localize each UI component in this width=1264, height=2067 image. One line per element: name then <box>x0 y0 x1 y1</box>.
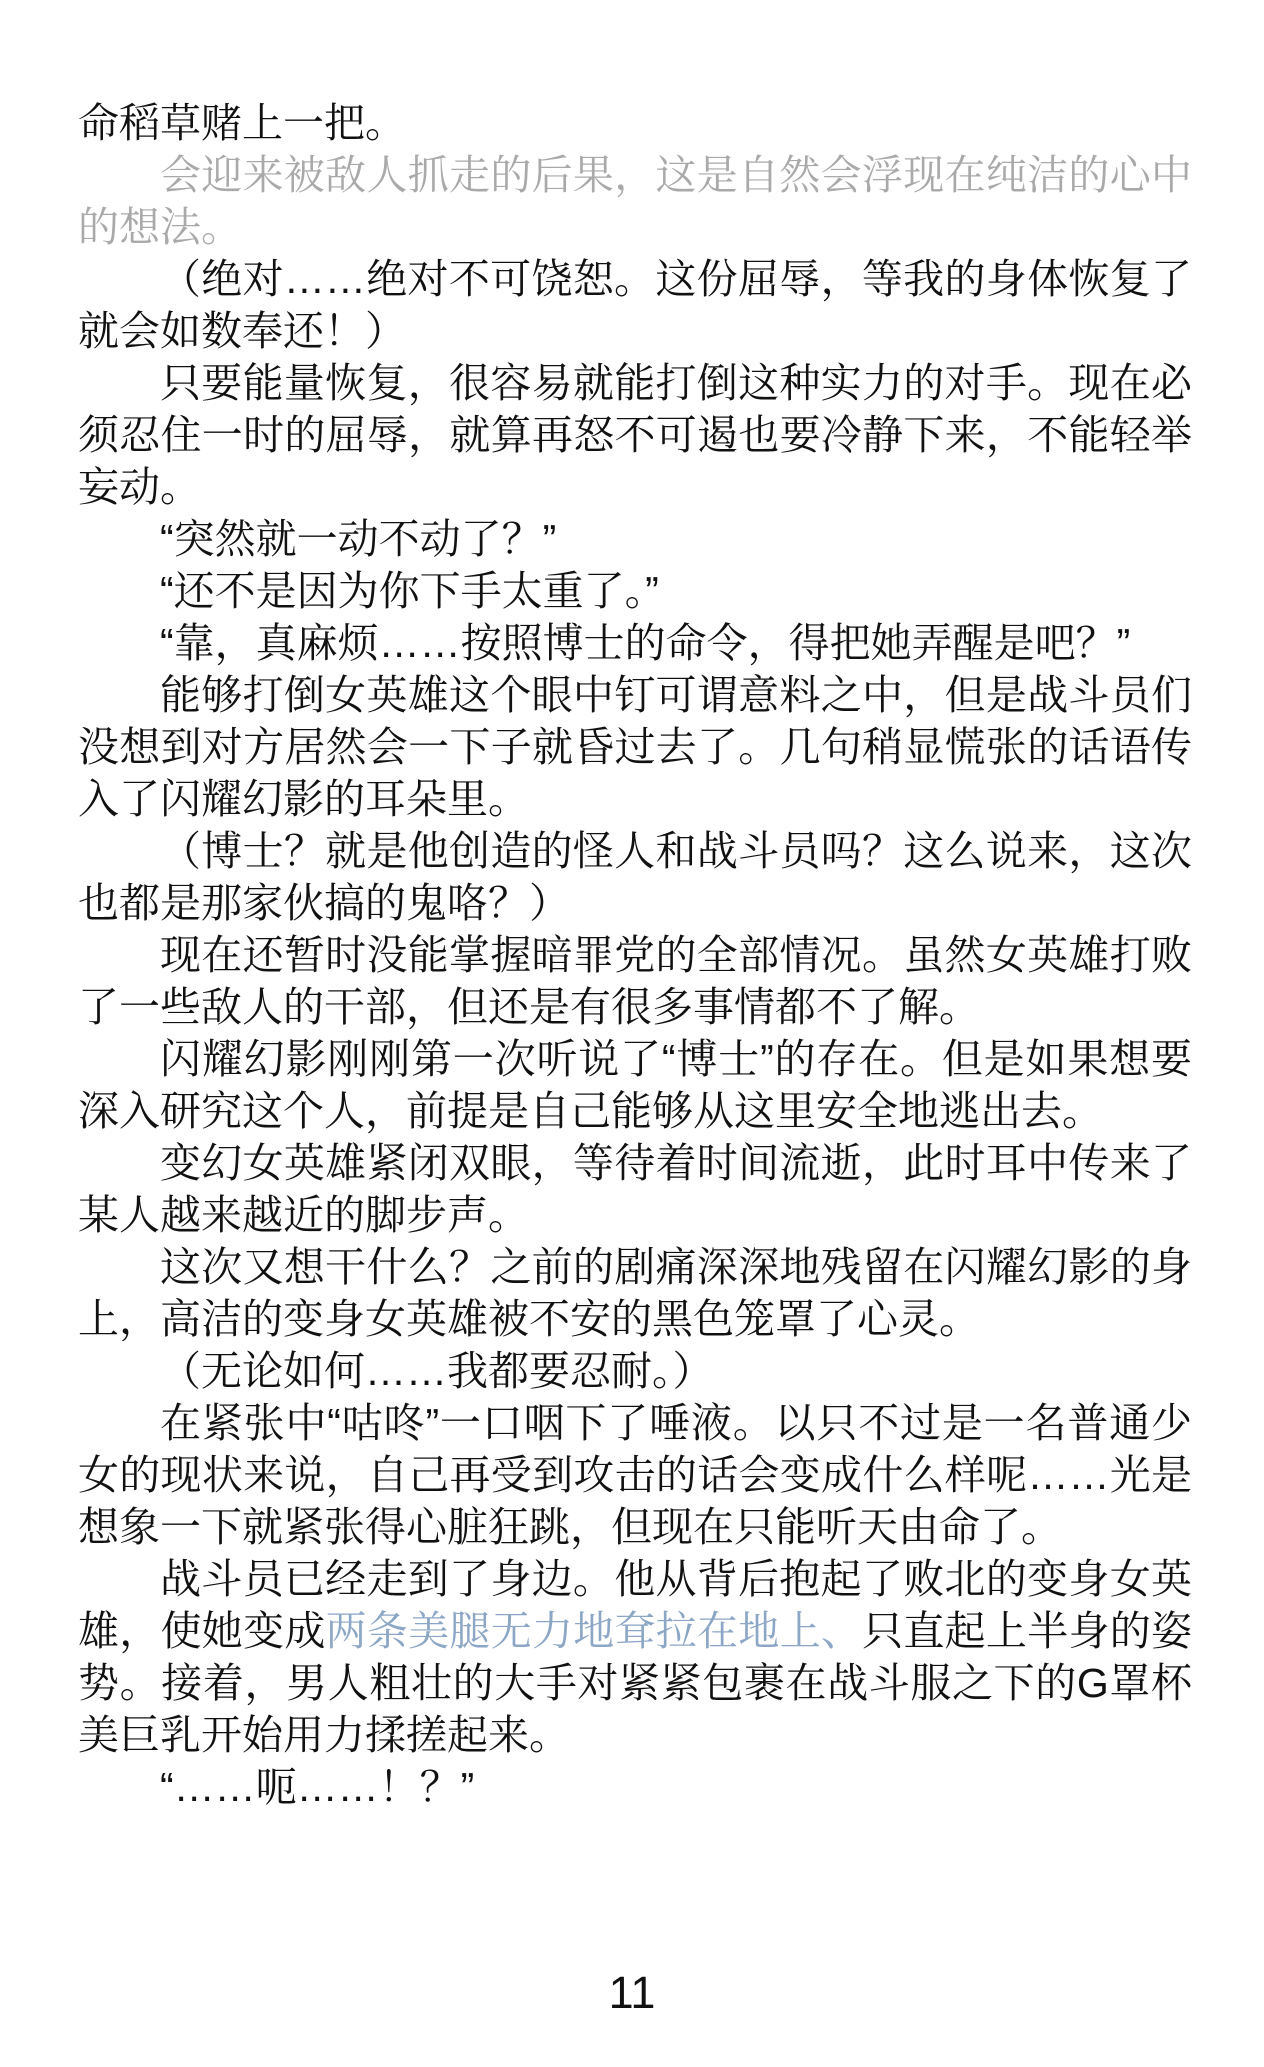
text-segment: 这次又想干什么？之前的剧痛深深地残留在闪耀幻影的身上，高洁的变身女英雄被不安的黑… <box>78 1244 1192 1342</box>
paragraph: 命稻草赌上一把。 <box>78 97 1192 149</box>
text-segment: “突然就一动不动了？” <box>160 516 556 562</box>
text-segment: 命稻草赌上一把。 <box>78 100 406 146</box>
text-segment: “靠，真麻烦……按照博士的命令，得把她弄醒是吧？” <box>160 620 1130 666</box>
paragraph: 闪耀幻影刚刚第一次听说了“博士”的存在。但是如果想要深入研究这个人，前提是自己能… <box>78 1033 1192 1137</box>
paragraph: “突然就一动不动了？” <box>78 513 1192 565</box>
paragraph: “靠，真麻烦……按照博士的命令，得把她弄醒是吧？” <box>78 617 1192 669</box>
text-block: 命稻草赌上一把。会迎来被敌人抓走的后果，这是自然会浮现在纯洁的心中的想法。（绝对… <box>78 97 1192 1813</box>
text-segment: “还不是因为你下手太重了。” <box>160 568 659 614</box>
text-segment: 会迎来被敌人抓走的后果，这是自然会浮现在纯洁的心中的想法。 <box>78 152 1192 250</box>
paragraph: （绝对……绝对不可饶恕。这份屈辱，等我的身体恢复了就会如数奉还！） <box>78 253 1192 357</box>
paragraph: 变幻女英雄紧闭双眼，等待着时间流逝，此时耳中传来了某人越来越近的脚步声。 <box>78 1137 1192 1241</box>
text-segment: 能够打倒女英雄这个眼中钉可谓意料之中，但是战斗员们没想到对方居然会一下子就昏过去… <box>78 672 1192 822</box>
text-segment: （博士？就是他创造的怪人和战斗员吗？这么说来，这次也都是那家伙搞的鬼咯？） <box>78 828 1192 926</box>
text-segment: （无论如何……我都要忍耐。） <box>160 1348 714 1394</box>
text-segment: 闪耀幻影刚刚第一次听说了“博士”的存在。但是如果想要深入研究这个人，前提是自己能… <box>78 1036 1192 1134</box>
paragraph: 战斗员已经走到了身边。他从背后抱起了败北的变身女英雄，使她变成两条美腿无力地耷拉… <box>78 1553 1192 1761</box>
paragraph: 这次又想干什么？之前的剧痛深深地残留在闪耀幻影的身上，高洁的变身女英雄被不安的黑… <box>78 1241 1192 1345</box>
text-segment: （绝对……绝对不可饶恕。这份屈辱，等我的身体恢复了就会如数奉还！） <box>78 256 1192 354</box>
text-segment: 变幻女英雄紧闭双眼，等待着时间流逝，此时耳中传来了某人越来越近的脚步声。 <box>78 1140 1192 1238</box>
paragraph: 在紧张中“咕咚”一口咽下了唾液。以只不过是一名普通少女的现状来说，自己再受到攻击… <box>78 1397 1192 1553</box>
text-segment: 两条美腿无力地耷拉在地上、 <box>326 1608 863 1654</box>
text-segment: “……呃……！？” <box>160 1764 474 1810</box>
paragraph: （博士？就是他创造的怪人和战斗员吗？这么说来，这次也都是那家伙搞的鬼咯？） <box>78 825 1192 929</box>
paragraph: “……呃……！？” <box>78 1761 1192 1813</box>
paragraph: （无论如何……我都要忍耐。） <box>78 1345 1192 1397</box>
paragraph: 能够打倒女英雄这个眼中钉可谓意料之中，但是战斗员们没想到对方居然会一下子就昏过去… <box>78 669 1192 825</box>
book-page: 命稻草赌上一把。会迎来被敌人抓走的后果，这是自然会浮现在纯洁的心中的想法。（绝对… <box>0 0 1264 2067</box>
paragraph: “还不是因为你下手太重了。” <box>78 565 1192 617</box>
paragraph: 只要能量恢复，很容易就能打倒这种实力的对手。现在必须忍住一时的屈辱，就算再怒不可… <box>78 357 1192 513</box>
paragraph: 现在还暂时没能掌握暗罪党的全部情况。虽然女英雄打败了一些敌人的干部，但还是有很多… <box>78 929 1192 1033</box>
text-segment: 在紧张中“咕咚”一口咽下了唾液。以只不过是一名普通少女的现状来说，自己再受到攻击… <box>78 1400 1192 1550</box>
page-number: 11 <box>0 1968 1264 2018</box>
text-segment: 现在还暂时没能掌握暗罪党的全部情况。虽然女英雄打败了一些敌人的干部，但还是有很多… <box>78 932 1192 1030</box>
text-segment: 只要能量恢复，很容易就能打倒这种实力的对手。现在必须忍住一时的屈辱，就算再怒不可… <box>78 360 1192 510</box>
paragraph: 会迎来被敌人抓走的后果，这是自然会浮现在纯洁的心中的想法。 <box>78 149 1192 253</box>
